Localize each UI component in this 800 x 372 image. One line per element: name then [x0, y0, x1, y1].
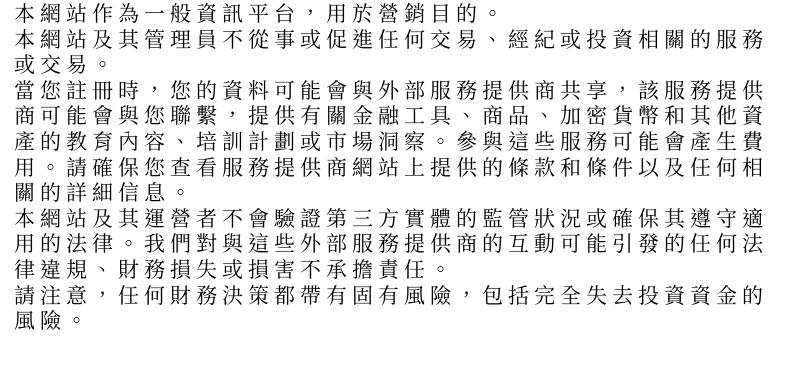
text-line: 或交易。 — [14, 53, 786, 79]
text-line: 風險。 — [14, 309, 786, 335]
paragraph-risk-warning: 請注意，任何財務決策都帶有固有風險，包括完全失去投資資金的 風險。 — [14, 284, 786, 335]
paragraph-no-trading: 本網站及其管理員不從事或促進任何交易、經紀或投資相關的服務 或交易。 — [14, 28, 786, 79]
text-line: 請注意，任何財務決策都帶有固有風險，包括完全失去投資資金的 — [14, 284, 786, 310]
disclaimer-text: 本網站作為一般資訊平台，用於營銷目的。 本網站及其管理員不從事或促進任何交易、經… — [0, 0, 800, 335]
text-line: 本網站及其管理員不從事或促進任何交易、經紀或投資相關的服務 — [14, 28, 786, 54]
text-line: 用。請確保您查看服務提供商網站上提供的條款和條件以及任何相 — [14, 156, 786, 182]
text-line: 本網站作為一般資訊平台，用於營銷目的。 — [14, 2, 786, 28]
text-line: 關的詳細信息。 — [14, 181, 786, 207]
text-line: 律違規、財務損失或損害不承擔責任。 — [14, 258, 786, 284]
text-line: 產的教育內容、培訓計劃或市場洞察。參與這些服務可能會產生費 — [14, 130, 786, 156]
paragraph-no-verification: 本網站及其運營者不會驗證第三方實體的監管狀況或確保其遵守適 用的法律。我們對與這… — [14, 207, 786, 284]
text-line: 用的法律。我們對與這些外部服務提供商的互動可能引發的任何法 — [14, 232, 786, 258]
text-line: 當您註冊時，您的資料可能會與外部服務提供商共享，該服務提供 — [14, 79, 786, 105]
text-line: 商可能會與您聯繫，提供有關金融工具、商品、加密貨幣和其他資 — [14, 104, 786, 130]
paragraph-data-sharing: 當您註冊時，您的資料可能會與外部服務提供商共享，該服務提供 商可能會與您聯繫，提… — [14, 79, 786, 207]
text-line: 本網站及其運營者不會驗證第三方實體的監管狀況或確保其遵守適 — [14, 207, 786, 233]
paragraph-intro: 本網站作為一般資訊平台，用於營銷目的。 — [14, 2, 786, 28]
